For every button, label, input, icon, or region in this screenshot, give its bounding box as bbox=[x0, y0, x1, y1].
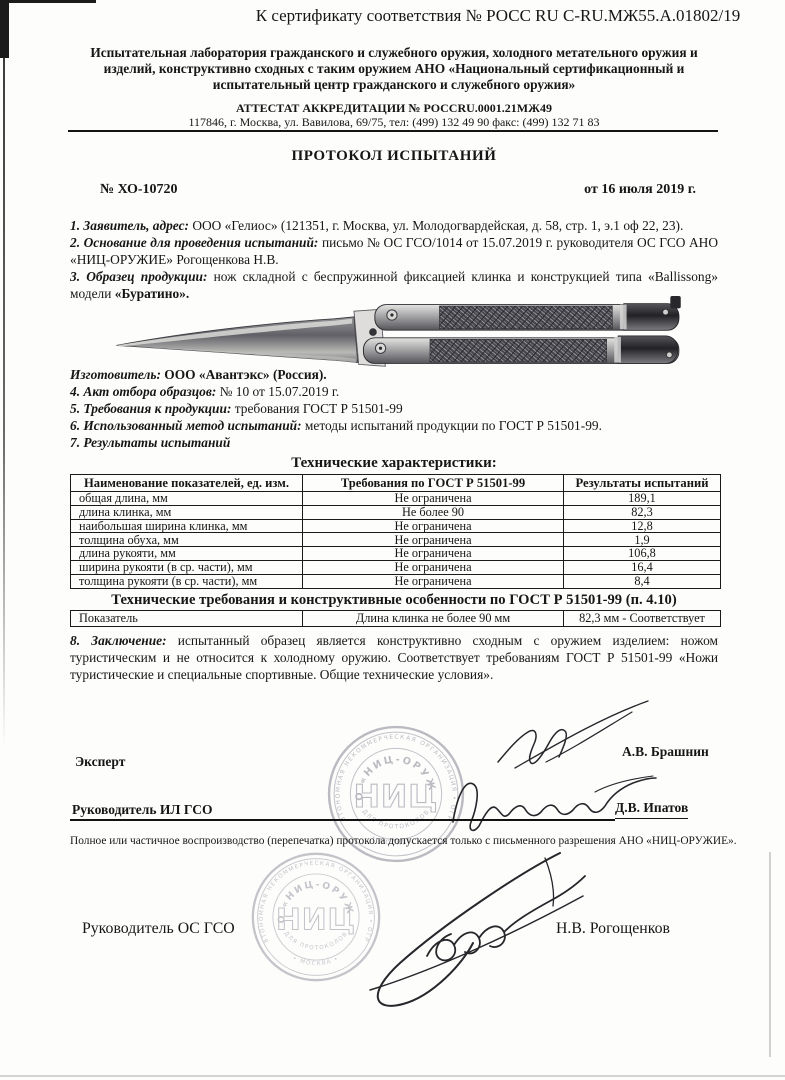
table-row: ширина рукояти (в ср. части), ммНе огран… bbox=[71, 560, 721, 574]
head-os-signature bbox=[315, 838, 590, 1023]
item-basis-label: 2. Основание для проведения испытаний: bbox=[70, 235, 318, 250]
laboratory-name-line1: Испытательная лаборатория гражданского и… bbox=[70, 45, 718, 61]
signature-block: АВТОНОМНАЯ НЕКОММЕРЧЕСКАЯ ОРГАНИЗАЦИЯ • … bbox=[0, 700, 785, 1080]
cell-param: ширина рукояти (в ср. части), мм bbox=[71, 560, 303, 574]
cell-req: Не ограничена bbox=[303, 560, 564, 574]
item-method-label: 6. Использованный метод испытаний: bbox=[70, 418, 302, 433]
table-row: толщина рукояти (в ср. части), ммНе огра… bbox=[71, 574, 721, 588]
cell-req: Не ограничена bbox=[303, 492, 564, 506]
certificate-reference-title: К сертификату соответствия № РОСС RU C-R… bbox=[174, 6, 785, 26]
signature-line bbox=[70, 819, 615, 821]
item-sampling-act-text: № 10 от 15.07.2019 г. bbox=[216, 384, 339, 399]
cell-req: Не ограничена bbox=[303, 533, 564, 547]
protocol-items: 1. Заявитель, адрес: ООО «Гелиос» (12135… bbox=[70, 217, 718, 302]
laboratory-address: 117846, г. Москва, ул. Вавилова, 69/75, … bbox=[70, 115, 718, 129]
item-requirements-label: 5. Требования к продукции: bbox=[70, 401, 231, 416]
scanned-protocol-page: К сертификату соответствия № РОСС RU C-R… bbox=[0, 0, 785, 1080]
manufacturer-text: ООО «Авантэкс» (Россия). bbox=[161, 367, 327, 382]
item-method: 6. Использованный метод испытаний: метод… bbox=[70, 417, 718, 434]
conclusion-label: 8. Заключение: bbox=[70, 633, 167, 648]
conclusion-text: испытанный образец является конструктивн… bbox=[70, 633, 718, 683]
item-results: 7. Результаты испытаний bbox=[70, 434, 718, 451]
cell-result: 1,9 bbox=[564, 533, 721, 547]
cell-result: 82,3 bbox=[564, 505, 721, 519]
cell-result: 12,8 bbox=[564, 519, 721, 533]
col-header-name: Наименование показателей, ед. изм. bbox=[71, 475, 303, 492]
laboratory-name: Испытательная лаборатория гражданского и… bbox=[70, 45, 718, 93]
table-header-row: Наименование показателей, ед. изм. Требо… bbox=[71, 475, 721, 492]
document-content: К сертификату соответствия № РОСС RU C-R… bbox=[0, 6, 785, 683]
table-title: Технические характеристики: bbox=[70, 455, 718, 472]
laboratory-name-line3: испытательный центр гражданского и служе… bbox=[70, 77, 718, 93]
cell-param: наибольшая ширина клинка, мм bbox=[71, 519, 303, 533]
section2-table: Показатель Длина клинка не более 90 мм 8… bbox=[70, 610, 721, 627]
cell-result: 106,8 bbox=[564, 547, 721, 561]
cell-param: длина клинка, мм bbox=[71, 505, 303, 519]
cell-req: Не более 90 bbox=[303, 505, 564, 519]
item-method-text: методы испытаний продукции по ГОСТ Р 515… bbox=[302, 418, 602, 433]
protocol-date: от 16 июля 2019 г. bbox=[584, 182, 696, 198]
laboratory-name-line2: изделий, конструктивно сходных с таким о… bbox=[70, 61, 718, 77]
accreditation-number: АТТЕСТАТ АККРЕДИТАЦИИ № POCCRU.0001.21МЖ… bbox=[70, 101, 718, 115]
item-requirements-text: требования ГОСТ Р 51501-99 bbox=[231, 401, 402, 416]
cell-result: 8,4 bbox=[564, 574, 721, 588]
expert-label: Эксперт bbox=[75, 754, 125, 770]
cell-param: общая длина, мм bbox=[71, 492, 303, 506]
document-title: ПРОТОКОЛ ИСПЫТАНИЙ bbox=[70, 148, 718, 165]
item-sampling-act-label: 4. Акт отбора образцов: bbox=[70, 384, 216, 399]
cell-result: 16,4 bbox=[564, 560, 721, 574]
item-requirements: 5. Требования к продукции: требования ГО… bbox=[70, 400, 718, 417]
head-os-name: Н.В. Рогощенков bbox=[556, 920, 670, 938]
cell-blade-req: Длина клинка не более 90 мм bbox=[303, 610, 564, 626]
stamp-center-logo: НИЦ bbox=[354, 779, 439, 815]
table-row: Показатель Длина клинка не более 90 мм 8… bbox=[71, 610, 721, 626]
cell-param: толщина обуха, мм bbox=[71, 533, 303, 547]
cell-req: Не ограничена bbox=[303, 519, 564, 533]
item-applicant-label: 1. Заявитель, адрес: bbox=[70, 218, 189, 233]
protocol-number: № ХО-10720 bbox=[100, 182, 178, 198]
scan-edge-artifact bbox=[0, 1075, 785, 1077]
scan-edge-artifact bbox=[0, 0, 96, 3]
cell-blade-result: 82,3 мм - Соответствует bbox=[564, 610, 721, 626]
cell-param: толщина рукояти (в ср. части), мм bbox=[71, 574, 303, 588]
col-header-result: Результаты испытаний bbox=[564, 475, 721, 492]
header-divider bbox=[68, 130, 718, 132]
characteristics-table: Наименование показателей, ед. изм. Требо… bbox=[70, 474, 721, 589]
scan-edge-artifact bbox=[769, 852, 771, 1057]
cell-result: 189,1 bbox=[564, 492, 721, 506]
head-il-signature bbox=[445, 752, 660, 838]
manufacturer-label: Изготовитель: bbox=[70, 367, 161, 382]
cell-req: Не ограничена bbox=[303, 547, 564, 561]
head-il-name: Д.В. Ипатов bbox=[615, 800, 688, 819]
cell-req: Не ограничена bbox=[303, 574, 564, 588]
scan-edge-artifact bbox=[3, 58, 5, 748]
cell-indicator: Показатель bbox=[71, 610, 303, 626]
scan-edge-artifact bbox=[0, 0, 9, 58]
table-row: наибольшая ширина клинка, ммНе ограничен… bbox=[71, 519, 721, 533]
section2-title: Технические требования и конструктивные … bbox=[70, 592, 718, 608]
conclusion-paragraph: 8. Заключение: испытанный образец являет… bbox=[70, 632, 718, 684]
cell-param: длина рукояти, мм bbox=[71, 547, 303, 561]
item-applicant: 1. Заявитель, адрес: ООО «Гелиос» (12135… bbox=[70, 217, 718, 234]
head-os-label: Руководитель ОС ГСО bbox=[82, 920, 235, 938]
item-results-label: 7. Результаты испытаний bbox=[70, 435, 230, 450]
knife-image bbox=[98, 296, 703, 372]
item-basis: 2. Основание для проведения испытаний: п… bbox=[70, 234, 718, 268]
table-row: длина клинка, ммНе более 9082,3 bbox=[71, 505, 721, 519]
item-sampling-act: 4. Акт отбора образцов: № 10 от 15.07.20… bbox=[70, 383, 718, 400]
product-photo-knife bbox=[98, 296, 718, 366]
table-row: общая длина, ммНе ограничена189,1 bbox=[71, 492, 721, 506]
item-sample-label: 3. Образец продукции: bbox=[70, 269, 207, 284]
head-il-label: Руководитель ИЛ ГСО bbox=[72, 802, 212, 818]
col-header-requirement: Требования по ГОСТ Р 51501-99 bbox=[303, 475, 564, 492]
item-applicant-text: ООО «Гелиос» (121351, г. Москва, ул. Мол… bbox=[189, 218, 683, 233]
table-row: толщина обуха, ммНе ограничена1,9 bbox=[71, 533, 721, 547]
protocol-number-row: № ХО-10720 от 16 июля 2019 г. bbox=[70, 182, 718, 198]
table-row: длина рукояти, ммНе ограничена106,8 bbox=[71, 547, 721, 561]
